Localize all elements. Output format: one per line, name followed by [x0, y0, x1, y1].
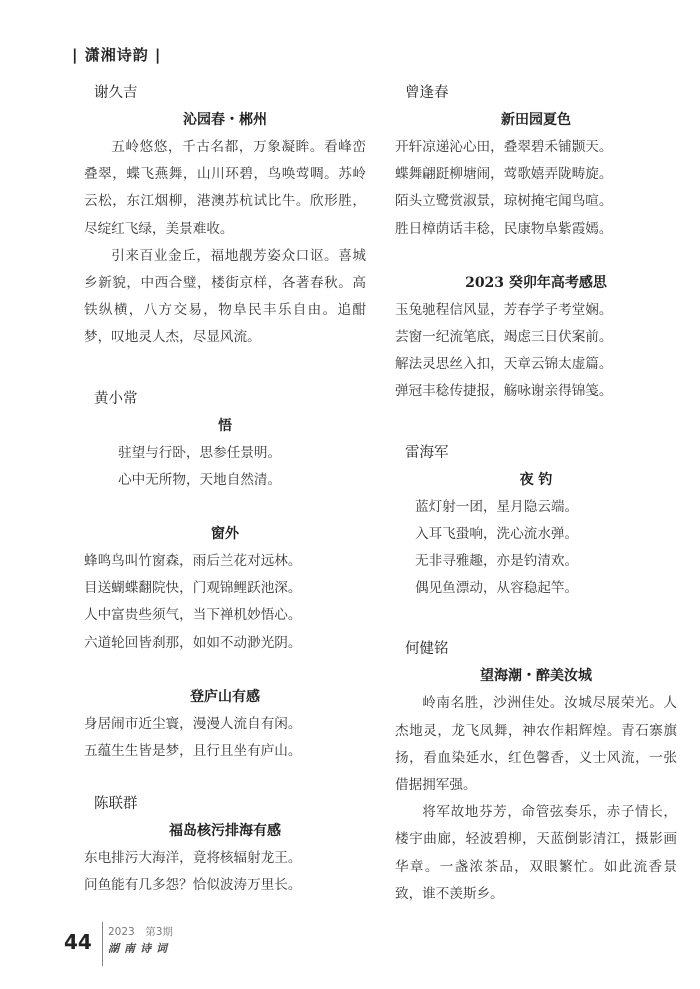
poem-line: 开轩凉递沁心田，叠翠碧禾铺颢天。	[395, 134, 677, 161]
poem-line: 无非寻雅趣，亦是钓清欢。	[395, 548, 677, 575]
poem-line: 弹冠丰稔传捷报，觞咏谢亲得锦笺。	[395, 378, 677, 405]
author-name: 曾逢春	[405, 80, 677, 106]
poem-line: 人中富贵些须气，当下禅机妙悟心。	[84, 602, 366, 629]
left-column: 谢久吉 沁园春・郴州 五岭悠悠，千古名都，万象凝眸。看峰峦叠翠，蝶飞燕舞，山川环…	[84, 80, 366, 900]
poem-title: 夜 钓	[395, 466, 677, 494]
footer-divider	[102, 922, 103, 966]
poem-line: 陌头立鹭赏淑景，琼树掩宅闻鸟喧。	[395, 188, 677, 215]
right-column: 曾逢春 新田园夏色 开轩凉递沁心田，叠翠碧禾铺颢天。 蝶舞翩跹柳塘闹，莺歌嬉弄陇…	[395, 80, 677, 908]
poem-paragraph: 岭南名胜，沙洲佳处。汝城尽展荣光。人杰地灵，龙飞凤舞，神农作耜辉煌。青石寨旗扬，…	[395, 690, 677, 799]
section-header: | 潇湘诗韵 |	[72, 44, 161, 65]
poem-line: 五蕴生生皆是梦，且行且坐有庐山。	[84, 738, 366, 765]
poem-line: 解法灵思丝入扣，天章云锦太虚篇。	[395, 351, 677, 378]
poem-line: 芸窗一纪流笔底，竭虑三日伏案前。	[395, 324, 677, 351]
poem-line: 驻望与行卧，思参任景明。	[84, 440, 366, 467]
author-name: 何健铭	[405, 636, 677, 662]
author-name: 谢久吉	[94, 80, 366, 106]
page-number: 44	[64, 930, 92, 954]
poem-paragraph: 引来百业金丘，福地靓芳姿众口讴。喜城乡新貌，中西合璧，楼街京样，各著春秋。高铁纵…	[84, 243, 366, 352]
poem-paragraph: 五岭悠悠，千古名都，万象凝眸。看峰峦叠翠，蝶飞燕舞，山川环碧，鸟唤莺啁。苏岭云松…	[84, 134, 366, 243]
poem-title: 窗外	[84, 520, 366, 548]
poem-title: 福岛核污排海有感	[84, 817, 366, 845]
poem-title: 2023 癸卯年高考感思	[395, 269, 677, 297]
poem-line: 六道轮回皆刹那，如如不动渺光阴。	[84, 630, 366, 657]
magazine-name: 湖南诗词	[108, 940, 172, 956]
poem-title: 沁园春・郴州	[84, 106, 366, 134]
poem-line: 蝶舞翩跹柳塘闹，莺歌嬉弄陇畴旋。	[395, 161, 677, 188]
poem-title: 新田园夏色	[395, 106, 677, 134]
poem-paragraph: 将军故地芬芳，命管弦奏乐，赤子情长，楼宇曲廊，轻波碧柳，天蓝倒影清江，摄影画华章…	[395, 799, 677, 908]
poem-title: 登庐山有感	[84, 683, 366, 711]
author-name: 雷海军	[405, 440, 677, 466]
author-name: 陈联群	[94, 791, 366, 817]
poem-line: 胜日樟荫话丰稔，民康物阜紫霞嫣。	[395, 216, 677, 243]
poem-line: 身居闹市近尘寰，漫漫人流自有闲。	[84, 711, 366, 738]
poem-line: 蜂鸣鸟叫竹窗森，雨后兰花对远林。	[84, 548, 366, 575]
poem-line: 问鱼能有几多怨？恰似波涛万里长。	[84, 872, 366, 899]
poem-line: 玉兔驰程信风显，芳春学子考堂娴。	[395, 297, 677, 324]
poem-title: 悟	[84, 412, 366, 440]
poem-line: 蓝灯射一团，星月隐云端。	[395, 494, 677, 521]
poem-line: 目送蝴蝶翻院快，门观锦鲤跃池深。	[84, 575, 366, 602]
issue-label: 2023 第3期	[108, 924, 173, 939]
poem-line: 东电排污大海洋，竟将核辐射龙王。	[84, 845, 366, 872]
author-name: 黄小常	[94, 386, 366, 412]
poem-line: 偶见鱼漂动，从容稳起竿。	[395, 575, 677, 602]
poem-line: 心中无所物，天地自然清。	[84, 467, 366, 494]
poem-line: 入耳飞蛩响，洗心流水弹。	[395, 521, 677, 548]
poem-title: 望海潮・醉美汝城	[395, 662, 677, 690]
